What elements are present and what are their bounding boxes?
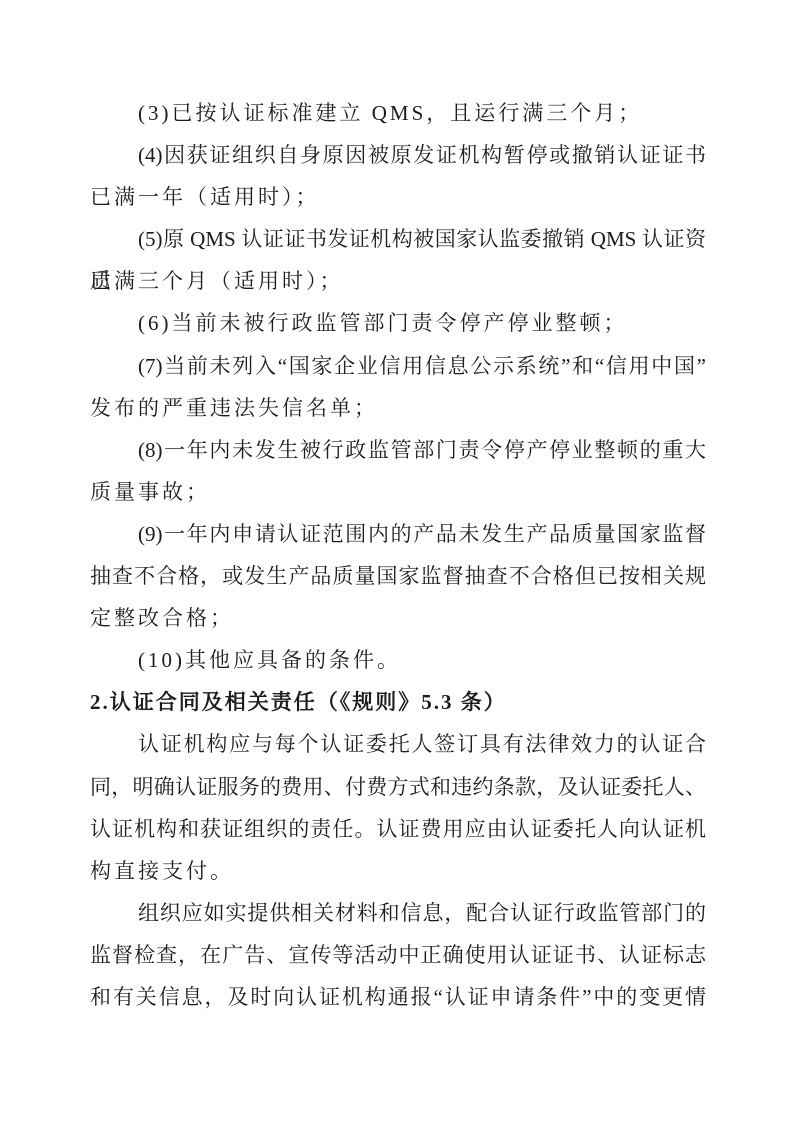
- text-line-item-7: (7)当前未列入“国家企业信用信息公示系统”和“信用中国”: [90, 345, 706, 387]
- text-line-item-4: (4)因获证组织自身原因被原发证机构暂停或撤销认证证书: [90, 134, 706, 176]
- text-line-item-8: (8)一年内未发生被行政监管部门责令停产停业整顿的重大: [90, 429, 706, 471]
- text-line-item-6: (6)当前未被行政监管部门责令停产停业整顿；: [90, 302, 706, 344]
- text-line-item-9-cont2: 定整改合格；: [90, 597, 706, 639]
- text-line-item-5-cont: 已满三个月（适用时）；: [90, 260, 706, 302]
- text-line-item-3: (3)已按认证标准建立 QMS，且运行满三个月；: [90, 92, 706, 134]
- text-line-item-10: (10)其他应具备的条件。: [90, 639, 706, 681]
- text-line-item-8-cont: 质量事故；: [90, 471, 706, 513]
- text-line-item-7-cont: 发布的严重违法失信名单；: [90, 387, 706, 429]
- text-line-item-5: (5)原 QMS 认证证书发证机构被国家认监委撤销 QMS 认证资质: [90, 218, 706, 260]
- document-content: (3)已按认证标准建立 QMS，且运行满三个月； (4)因获证组织自身原因被原发…: [90, 92, 706, 1018]
- text-line-para1-l4: 构直接支付。: [90, 850, 706, 892]
- text-line-item-9-cont1: 抽查不合格，或发生产品质量国家监督抽查不合格但已按相关规: [90, 555, 706, 597]
- text-line-item-9: (9)一年内申请认证范围内的产品未发生产品质量国家监督: [90, 513, 706, 555]
- text-line-item-4-cont: 已满一年（适用时）；: [90, 176, 706, 218]
- document-page: (3)已按认证标准建立 QMS，且运行满三个月； (4)因获证组织自身原因被原发…: [0, 0, 794, 1123]
- text-line-para1-l3: 认证机构和获证组织的责任。认证费用应由认证委托人向认证机: [90, 808, 706, 850]
- text-line-para2-l1: 组织应如实提供相关材料和信息，配合认证行政监管部门的: [90, 892, 706, 934]
- text-line-para2-l2: 监督检查，在广告、宣传等活动中正确使用认证证书、认证标志: [90, 934, 706, 976]
- text-line-para2-l3: 和有关信息，及时向认证机构通报“认证申请条件”中的变更情: [90, 976, 706, 1018]
- text-line-para1-l2: 同，明确认证服务的费用、付费方式和违约条款，及认证委托人、: [90, 766, 706, 808]
- section-heading: 2.认证合同及相关责任（《规则》5.3 条）: [90, 681, 706, 723]
- text-line-para1-l1: 认证机构应与每个认证委托人签订具有法律效力的认证合: [90, 723, 706, 765]
